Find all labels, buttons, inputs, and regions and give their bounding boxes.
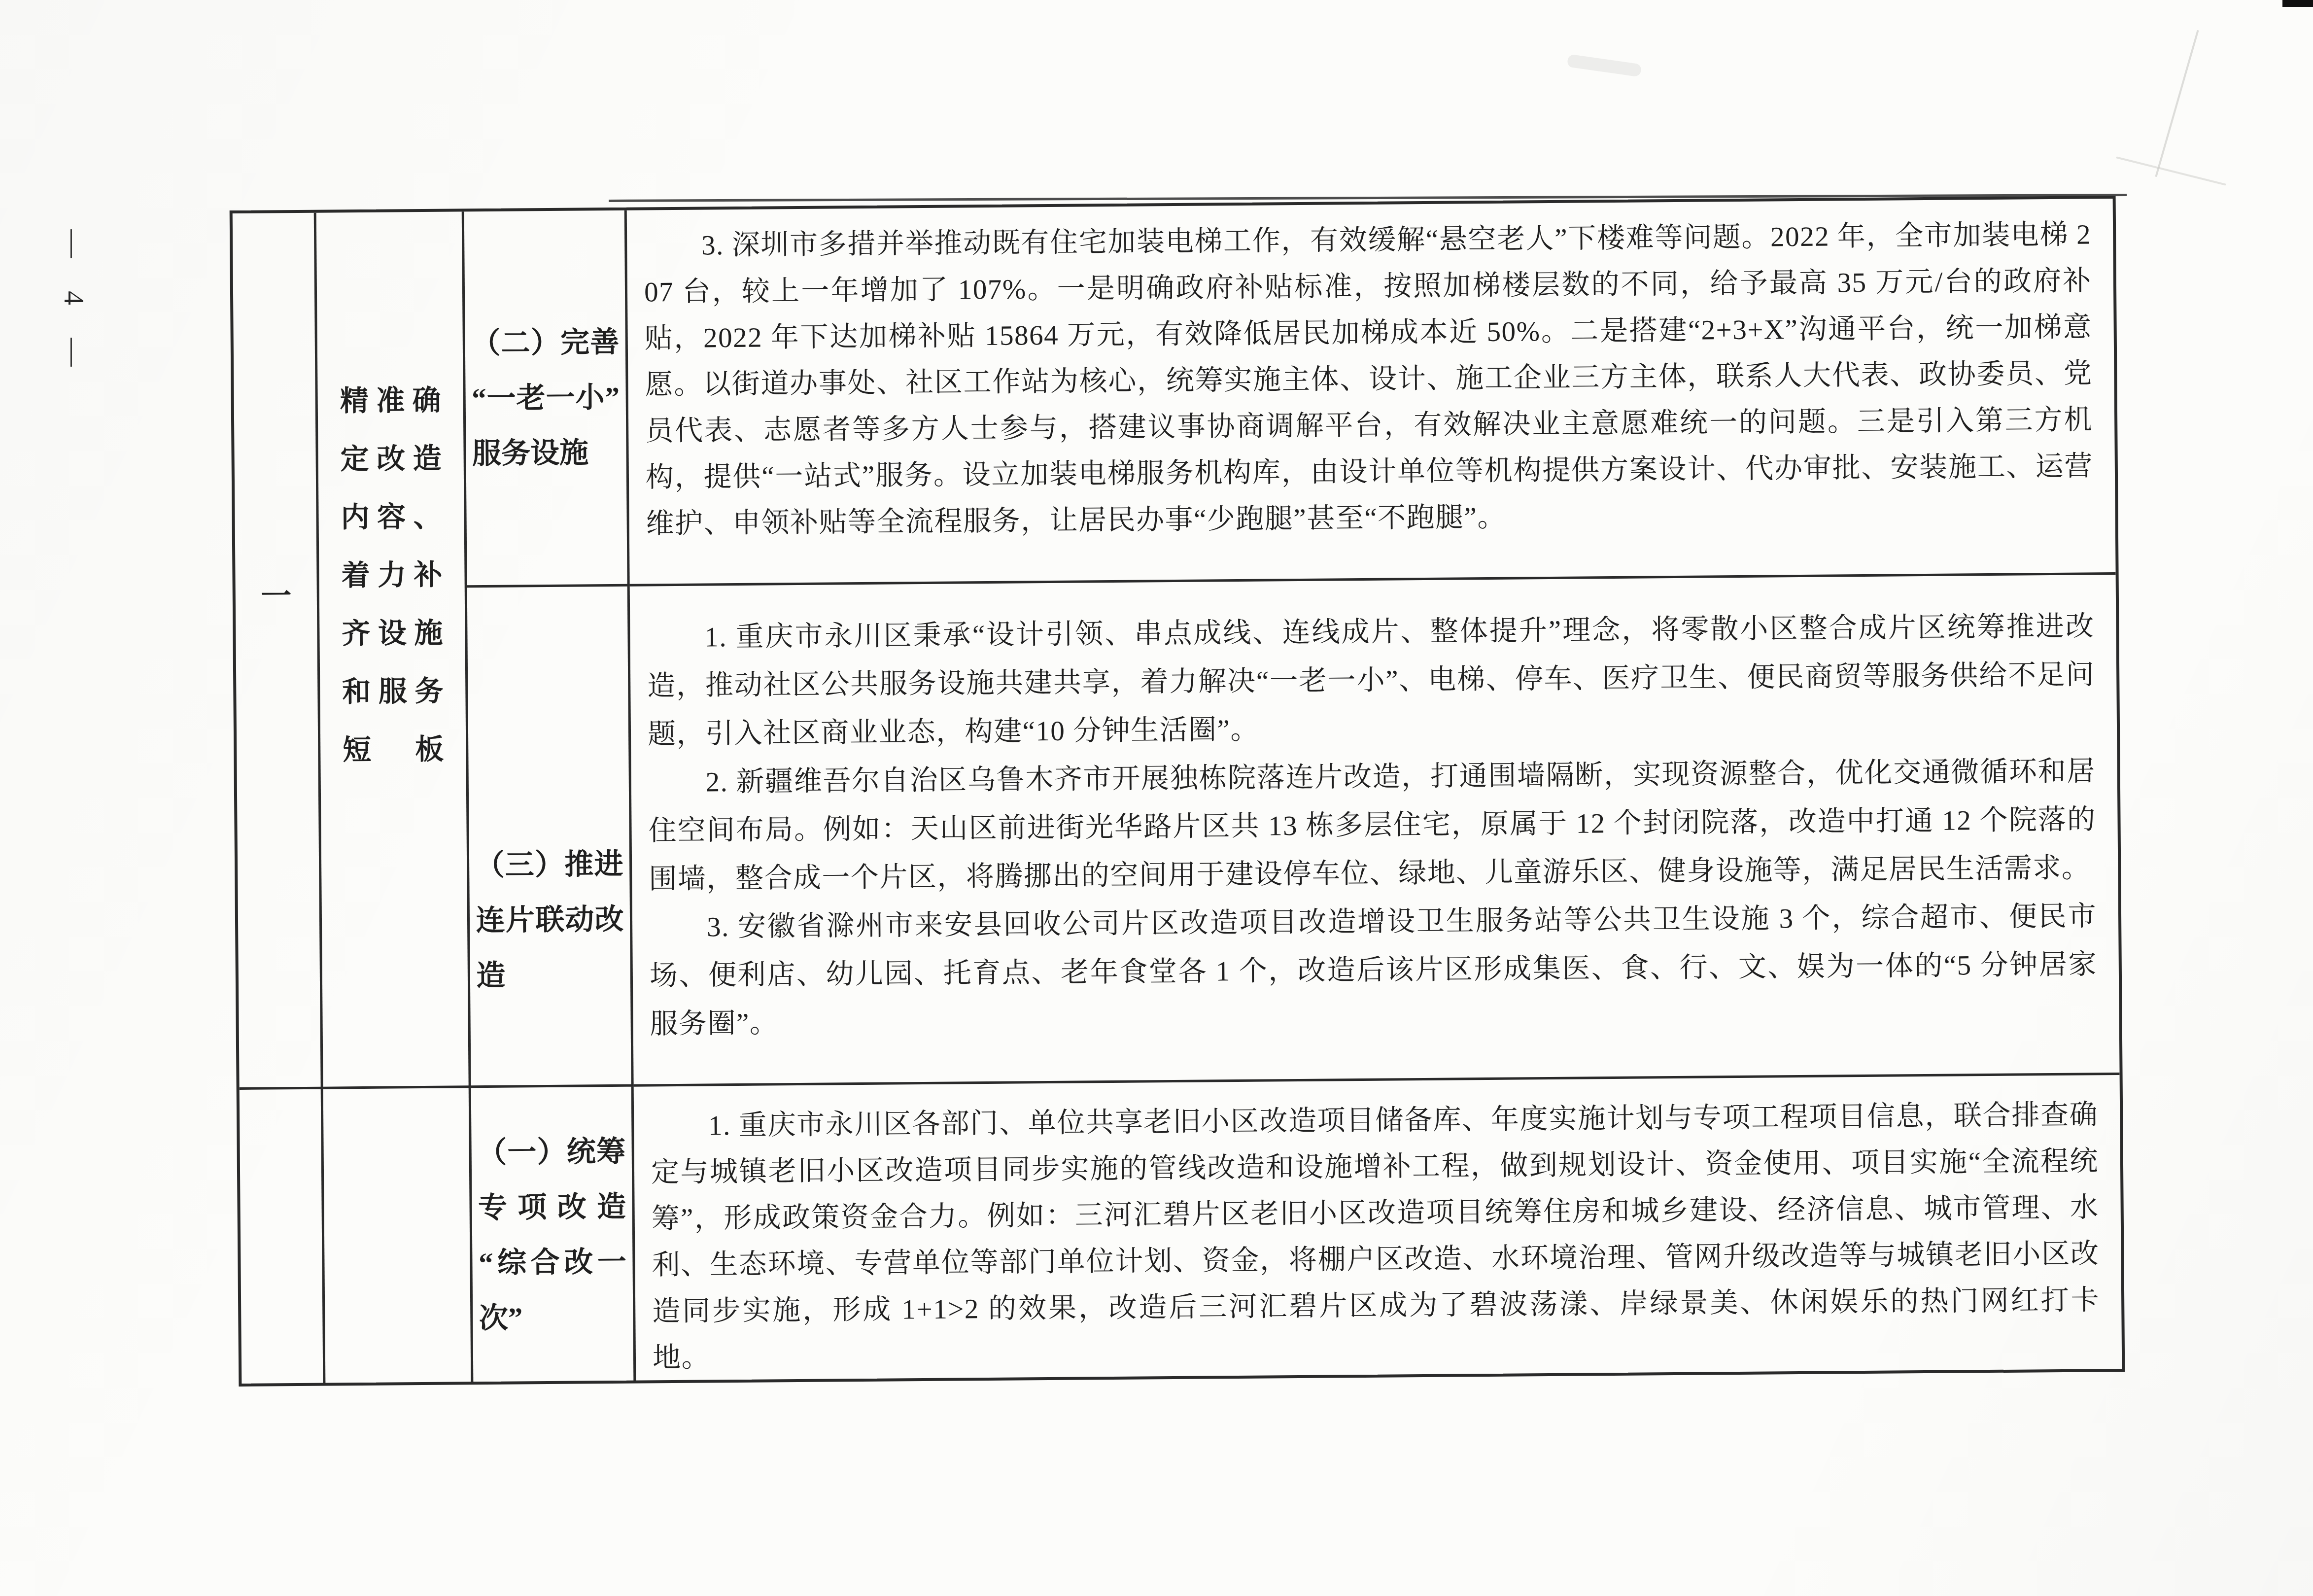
scan-corner-mark [2282, 0, 2313, 7]
case-paragraph: 1. 重庆市永川区各部门、单位共享老旧小区改造项目储备库、年度实施计划与专项工程… [651, 1092, 2100, 1381]
scan-smudge-artifact [1567, 54, 1642, 77]
page-number: — 4 — [59, 233, 89, 376]
measure-heading-cell-2: （二）完善“一老一小”服务设施 [464, 210, 630, 588]
case-paragraph: 3. 深圳市多措并举推动既有住宅加装电梯工作，有效缓解“悬空老人”下楼难等问题。… [644, 211, 2094, 547]
measure-heading: （三）推进连片联动改造 [475, 836, 624, 1003]
section-index: 一 [261, 571, 292, 615]
case-paragraph: 1. 重庆市永川区秉承“设计引领、串点成线、连线成片、整体提升”理念，将零散小区… [647, 602, 2095, 759]
case-text-cell-1: 1. 重庆市永川区各部门、单位共享老旧小区改造项目储备库、年度实施计划与专项工程… [634, 1075, 2122, 1382]
measure-heading-cell-3: （三）推进连片联动改造 [467, 587, 634, 1088]
case-text-cell-2: 3. 深圳市多措并举推动既有住宅加装电梯工作，有效缓解“悬空老人”下楼难等问题。… [627, 199, 2116, 587]
empty-category-cell [323, 1088, 474, 1384]
measures-table: 一 精准确定改造内容、着力补齐设施和服务短板 （二）完善“一老一小”服务设施 3… [230, 196, 2125, 1387]
case-text-cell-3: 1. 重庆市永川区秉承“设计引领、串点成线、连线成片、整体提升”理念，将零散小区… [630, 575, 2120, 1087]
page-number-label: — 4 — [58, 229, 91, 379]
measure-heading-cell-1: （一）统筹专项改造“综合改一次” [471, 1087, 636, 1383]
category-cell: 精准确定改造内容、着力补齐设施和服务短板 [316, 211, 471, 1089]
empty-index-cell [240, 1089, 326, 1385]
category-label: 精准确定改造内容、着力补齐设施和服务短板 [340, 371, 444, 779]
scan-scratch-artifact [2155, 30, 2199, 177]
scanned-document-page: — 4 — 一 精准确定改造内容、着力补齐设施和服务短板 （二）完善“一老一小”… [0, 0, 2313, 1596]
measure-heading: （一）统筹专项改造“综合改一次” [478, 1124, 627, 1346]
measure-heading: （二）完善“一老一小”服务设施 [471, 314, 621, 481]
case-paragraph: 2. 新疆维吾尔自治区乌鲁木齐市开展独栋院落连片改造，打通围墙隔断，实现资源整合… [648, 747, 2096, 903]
case-paragraph: 3. 安徽省滁州市来安县回收公司片区改造项目改造增设卫生服务站等公共卫生设施 3… [649, 892, 2098, 1048]
scan-scratch-artifact [2116, 156, 2226, 186]
section-index-cell: 一 [233, 213, 323, 1090]
